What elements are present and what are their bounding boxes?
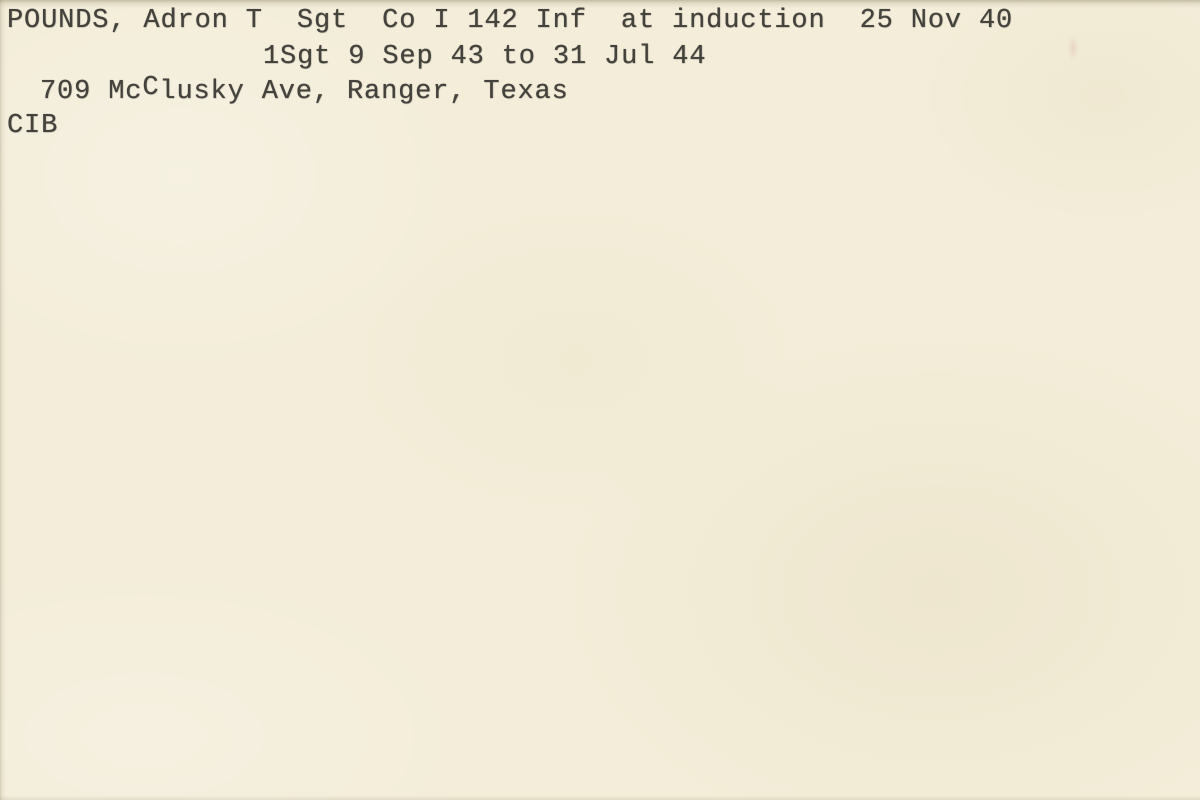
name-rank-unit-line: POUNDS, Adron T Sgt Co I 142 Inf at indu… xyxy=(7,8,1013,35)
promotion-dates-line: 1Sgt 9 Sep 43 to 31 Jul 44 xyxy=(263,44,706,71)
address-raised-c: C xyxy=(142,75,159,102)
cib-award-line: CIB xyxy=(7,113,58,140)
scan-edge-left xyxy=(0,0,6,800)
address-part-before-raised-c: 709 Mc xyxy=(40,77,142,107)
address-part-after-raised-c: lusky Ave, Ranger, Texas xyxy=(159,77,568,107)
address-line: 709 McClusky Ave, Ranger, Texas xyxy=(40,79,569,106)
pink-ink-smudge xyxy=(1066,30,1080,66)
index-card: POUNDS, Adron T Sgt Co I 142 Inf at indu… xyxy=(0,0,1200,800)
scan-edge-bottom xyxy=(0,795,1200,800)
